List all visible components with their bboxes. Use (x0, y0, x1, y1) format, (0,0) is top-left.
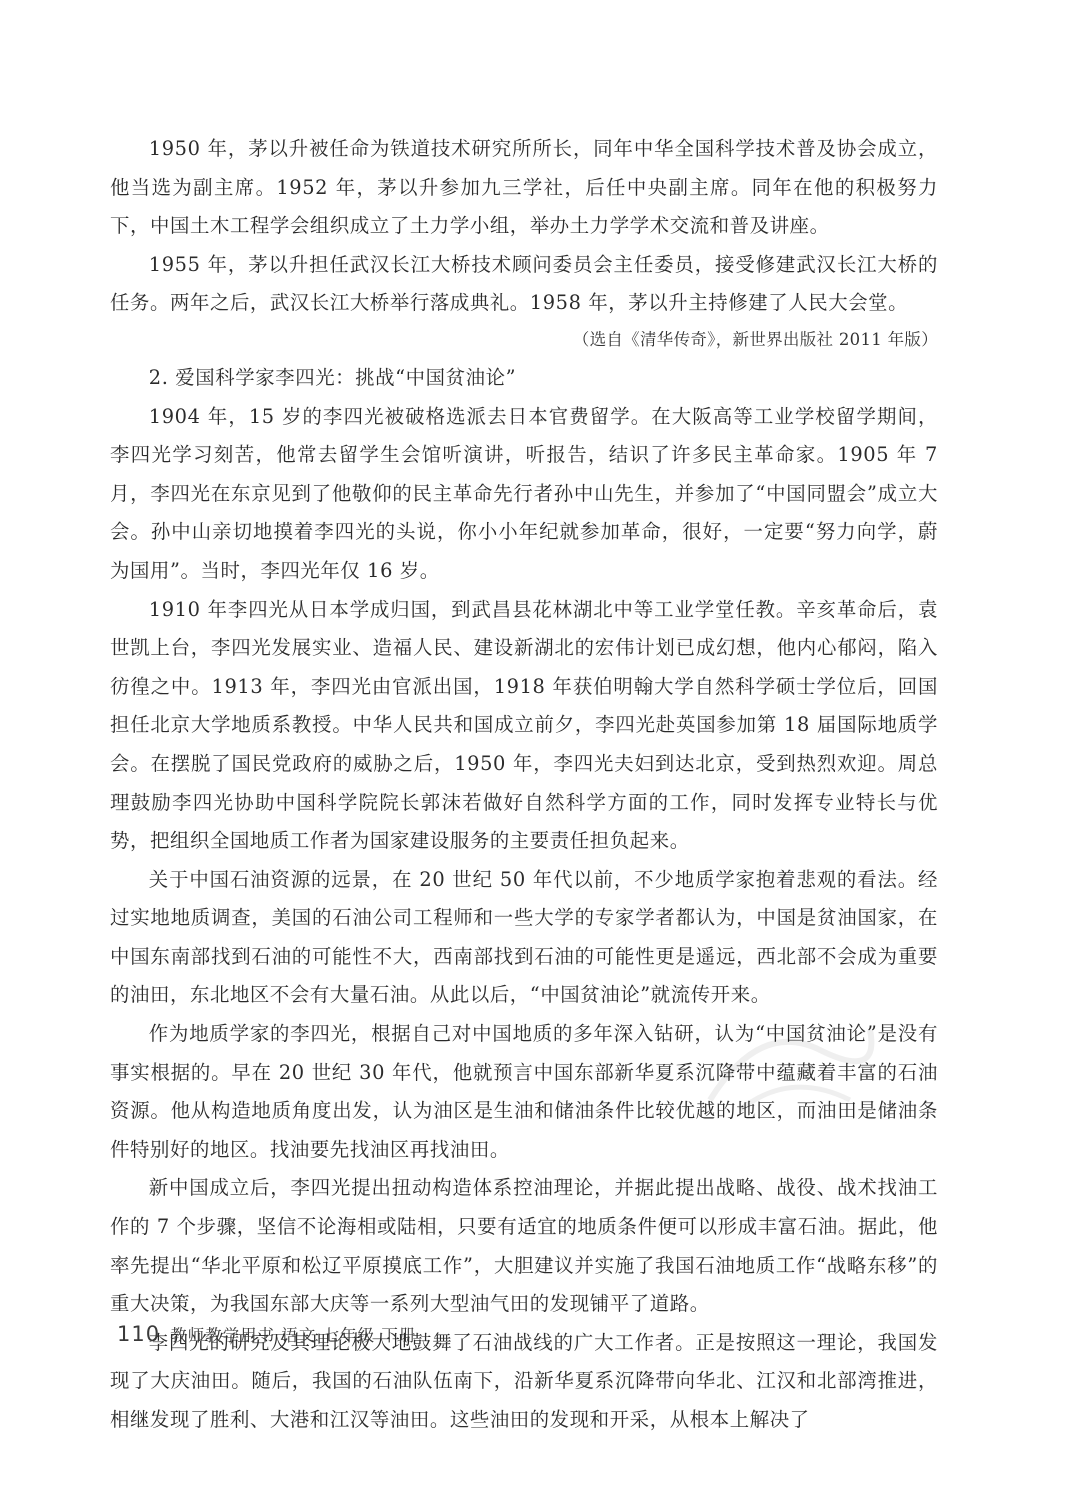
page-body: 1950 年，茅以升被任命为铁道技术研究所所长，同年中华全国科学技术普及协会成立… (110, 130, 938, 1440)
paragraph: 1904 年，15 岁的李四光被破格选派去日本官费留学。在大阪高等工业学校留学期… (110, 398, 938, 591)
paragraph: 作为地质学家的李四光，根据自己对中国地质的多年深入钻研，认为“中国贫油论”是没有… (110, 1015, 938, 1169)
section-heading: 2. 爱国科学家李四光：挑战“中国贫油论” (110, 359, 938, 398)
paragraph: 1910 年李四光从日本学成归国，到武昌县花林湖北中等工业学堂任教。辛亥革命后，… (110, 591, 938, 861)
paragraph: 关于中国石油资源的远景，在 20 世纪 50 年代以前，不少地质学家抱着悲观的看… (110, 861, 938, 1015)
page-number: 110 (117, 1322, 160, 1346)
book-title: 教师教学用书 语文 七年级 下册 (170, 1322, 416, 1346)
paragraph: 新中国成立后，李四光提出扭动构造体系控油理论，并据此提出战略、战役、战术找油工作… (110, 1169, 938, 1323)
page-footer: 110 教师教学用书 语文 七年级 下册 (117, 1322, 416, 1346)
source-citation: （选自《清华传奇》，新世界出版社 2011 年版） (110, 325, 938, 355)
paragraph: 1950 年，茅以升被任命为铁道技术研究所所长，同年中华全国科学技术普及协会成立… (110, 130, 938, 246)
paragraph: 1955 年，茅以升担任武汉长江大桥技术顾问委员会主任委员，接受修建武汉长江大桥… (110, 246, 938, 323)
